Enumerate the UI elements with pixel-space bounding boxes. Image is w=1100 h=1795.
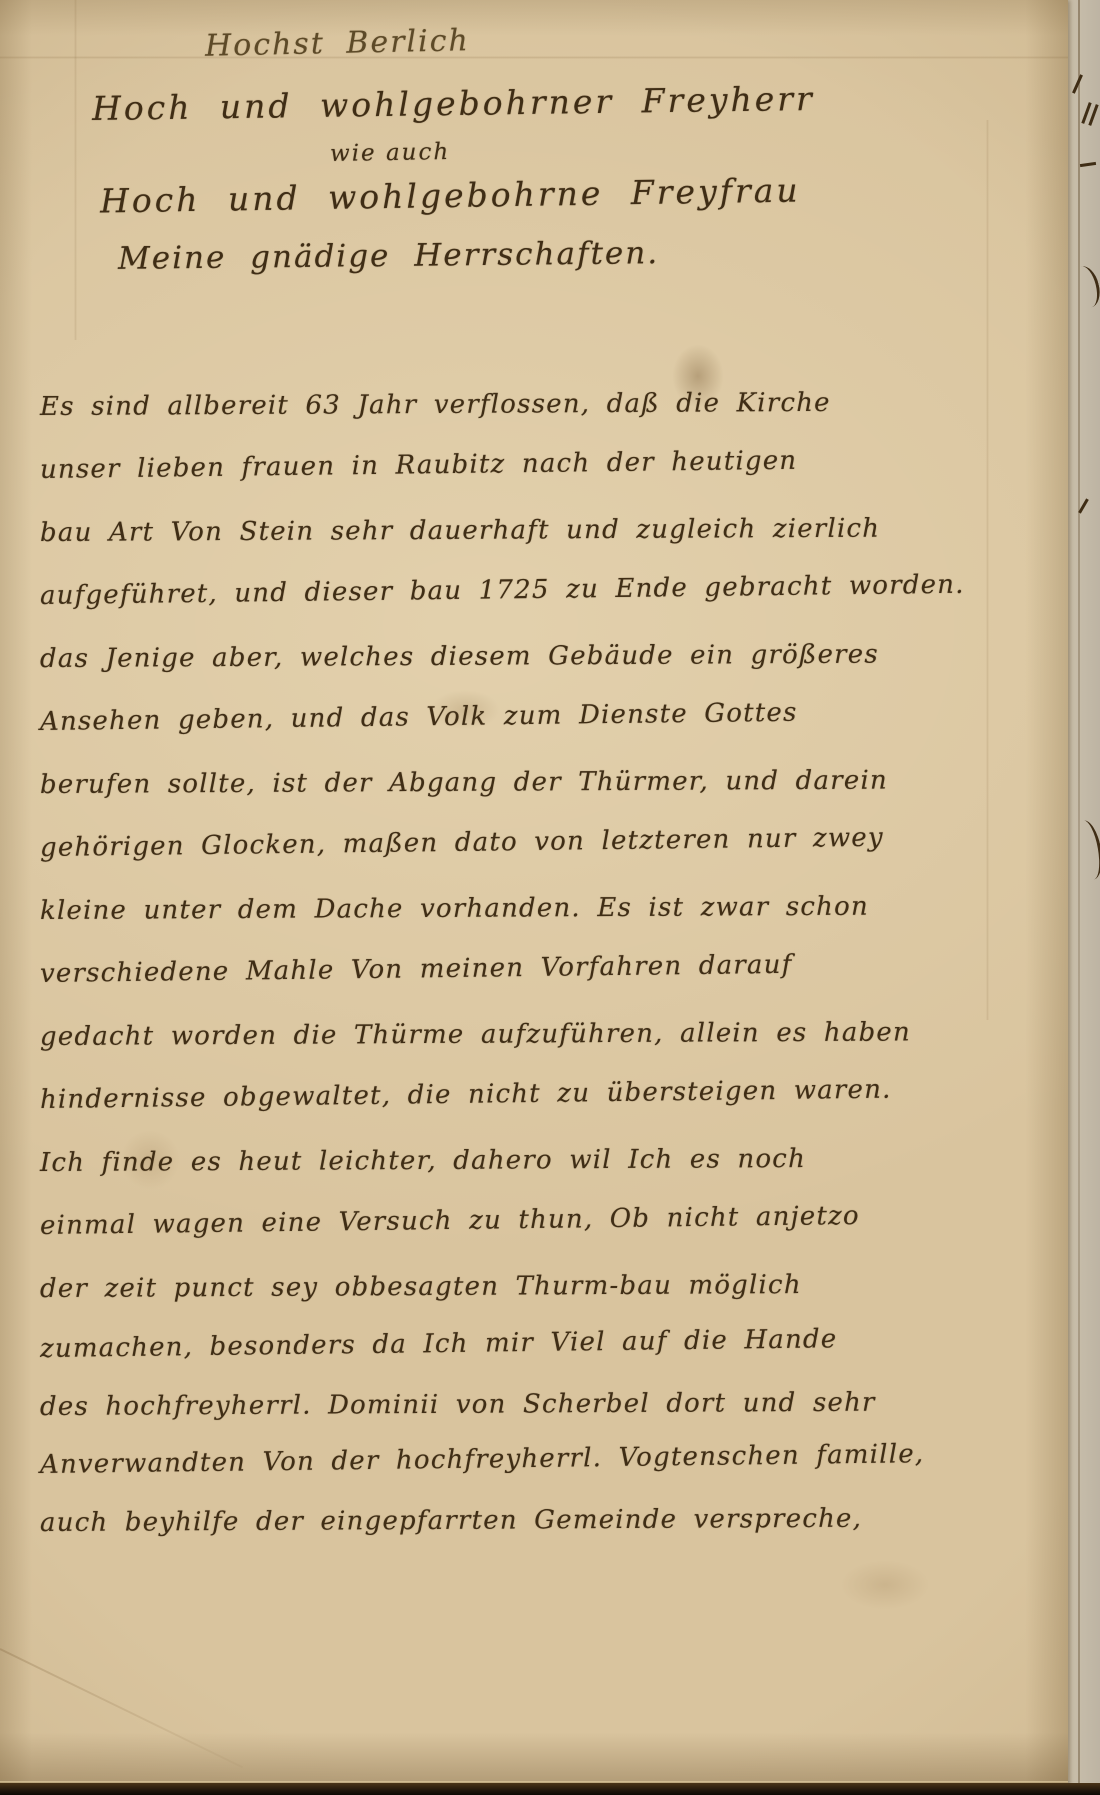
manuscript-line: einmal wagen eine Versuch zu thun, Ob ni… xyxy=(40,1201,860,1241)
manuscript-line: Ansehen geben, und das Volk zum Dienste … xyxy=(40,698,798,737)
manuscript-line: der zeit punct sey obbesagten Thurm-bau … xyxy=(40,1270,802,1304)
fold-crease xyxy=(0,56,1068,59)
manuscript-line: aufgeführet, und dieser bau 1725 zu Ende… xyxy=(40,570,965,611)
manuscript-line: des hochfreyherrl. Dominii von Scherbel … xyxy=(40,1388,876,1422)
salutation-line: Hoch und wohlgebohrner Freyherr xyxy=(92,79,815,128)
salutation-line: Hoch und wohlgebohrne Freyfrau xyxy=(100,170,801,220)
manuscript-line: verschiedene Mahle Von meinen Vorfahren … xyxy=(40,950,793,989)
corner-crease xyxy=(0,1648,243,1768)
manuscript-line: gehörigen Glocken, maßen dato von letzte… xyxy=(40,823,884,863)
manuscript-line: Ich finde es heut leichter, dahero wil I… xyxy=(40,1144,806,1178)
fold-crease xyxy=(986,120,989,1020)
manuscript-line: kleine unter dem Dache vorhanden. Es ist… xyxy=(40,892,869,926)
manuscript-line: zumachen, besonders da Ich mir Viel auf … xyxy=(40,1324,838,1364)
manuscript-line: berufen sollte, ist der Abgang der Thürm… xyxy=(40,766,888,800)
salutation-line: Meine gnädige Herrschaften. xyxy=(118,235,659,277)
manuscript-line: bau Art Von Stein sehr dauerhaft und zug… xyxy=(40,514,880,548)
paper-stain xyxy=(840,1560,930,1610)
salutation-line: wie auch xyxy=(330,139,451,167)
paper-sheet: Hochst Berlich Hoch und wohlgebohrner Fr… xyxy=(0,0,1068,1786)
manuscript-line: das Jenige aber, welches diesem Gebäude … xyxy=(40,640,879,674)
manuscript-line: auch beyhilfe der eingepfarrten Gemeinde… xyxy=(40,1504,862,1538)
manuscript-line: gedacht worden die Thürme aufzuführen, a… xyxy=(40,1017,911,1052)
fold-crease xyxy=(74,0,77,340)
manuscript-line: unser lieben frauen in Raubitz nach der … xyxy=(40,446,798,485)
docket-note: Hochst Berlich xyxy=(205,23,470,64)
manuscript-line: Es sind allbereit 63 Jahr verflossen, da… xyxy=(40,388,831,422)
manuscript-scan: Hochst Berlich Hoch und wohlgebohrner Fr… xyxy=(0,0,1100,1795)
manuscript-line: Anverwandten Von der hochfreyherrl. Vogt… xyxy=(40,1439,925,1480)
book-edge xyxy=(0,1783,1100,1795)
manuscript-line: hindernisse obgewaltet, die nicht zu übe… xyxy=(40,1075,892,1115)
